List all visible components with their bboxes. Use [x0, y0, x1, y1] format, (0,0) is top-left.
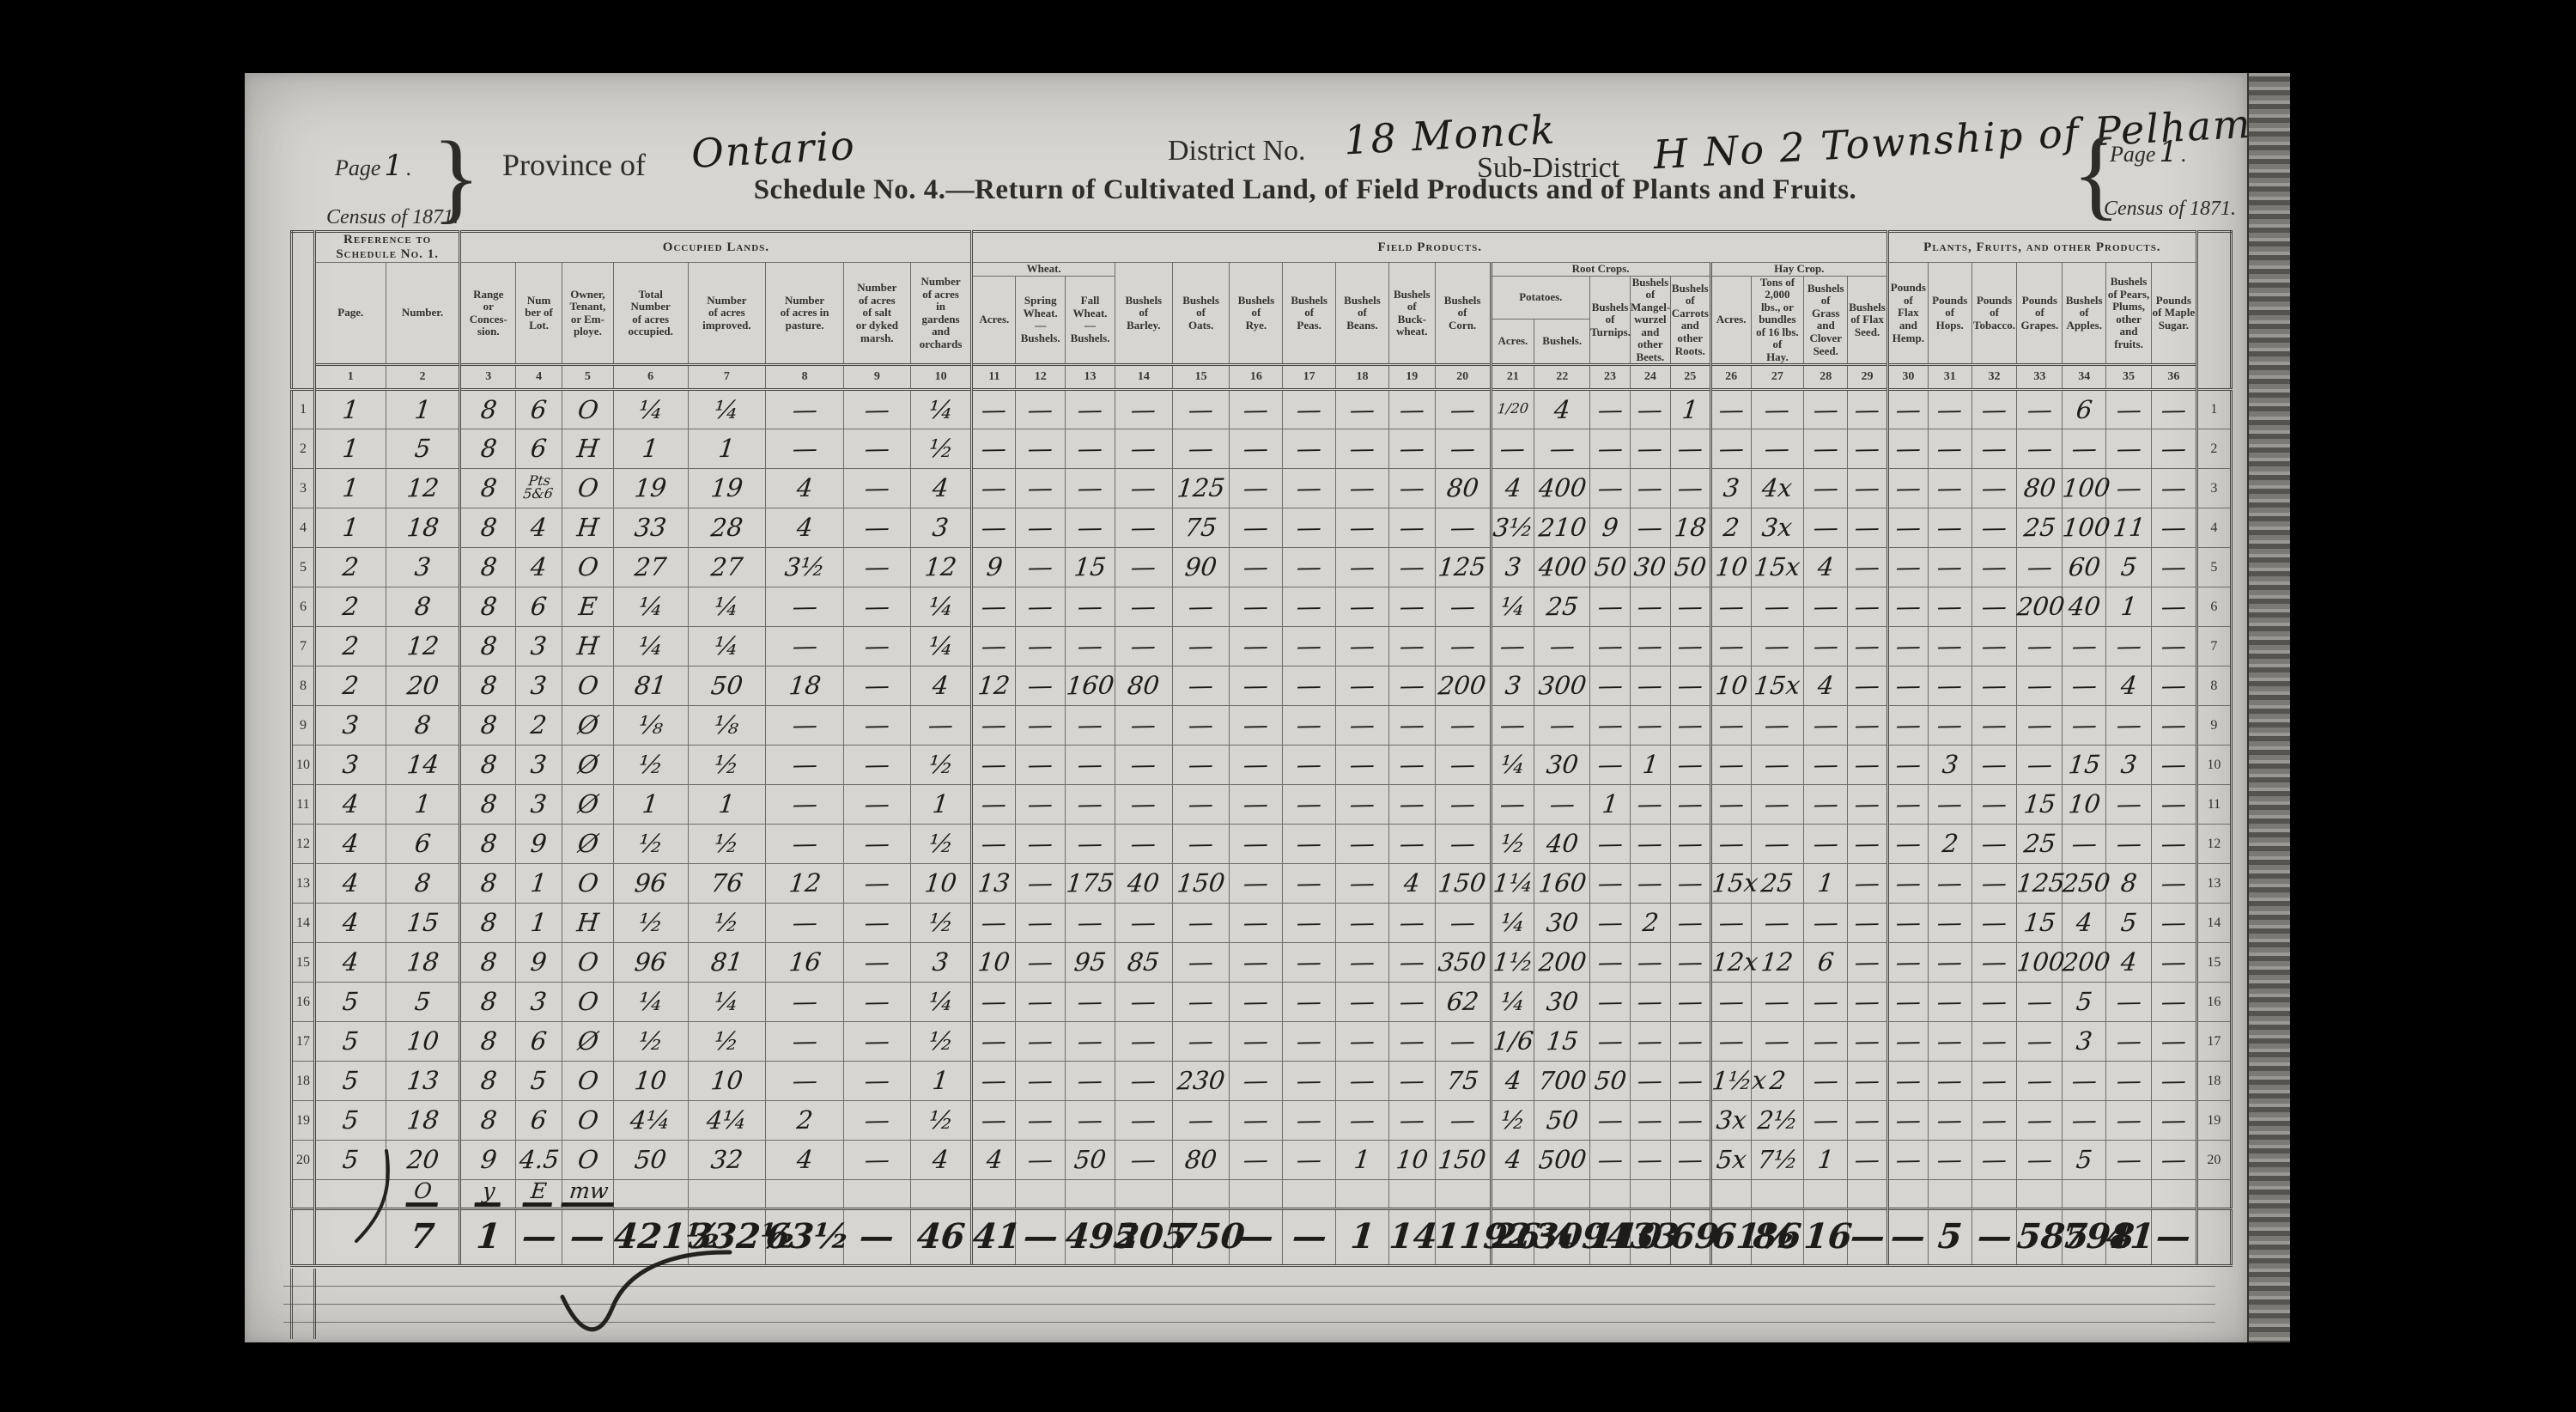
table-cell: — — [1971, 983, 2017, 1022]
column-number: 22 — [1534, 365, 1590, 390]
column-number: 3 — [460, 365, 516, 390]
table-cell: — — [1928, 983, 1971, 1022]
handwritten-value: 8 — [479, 713, 498, 738]
handwritten-value: — — [863, 871, 890, 897]
table-cell: — — [1928, 587, 1971, 627]
column-header: Wheat. — [972, 263, 1115, 277]
table-cell — [1534, 1180, 1590, 1208]
handwritten-value: — — [2026, 989, 2053, 1015]
table-cell: — — [1804, 1022, 1848, 1062]
table-cell: 86 — [1751, 1208, 1804, 1265]
table-cell: 75 — [1172, 508, 1230, 548]
table-cell: 4 — [314, 943, 386, 983]
handwritten-value: ½ — [637, 910, 664, 935]
table-cell: — — [1283, 864, 1336, 904]
handwritten-value: 10 — [1714, 555, 1748, 581]
table-cell: — — [1283, 548, 1336, 587]
table-cell: — — [1016, 983, 1066, 1022]
handwritten-value: — — [2160, 594, 2187, 620]
row-number-right: 9 — [2196, 706, 2231, 746]
table-cell: 5 — [314, 1022, 386, 1062]
table-cell: 15 — [1534, 1022, 1590, 1062]
table-cell: 63½ — [766, 1208, 844, 1265]
column-header: Fall Wheat. — Bushels. — [1066, 276, 1115, 365]
table-cell: — — [2063, 706, 2106, 746]
handwritten-value: — — [1348, 1029, 1376, 1055]
table-cell: 8 — [460, 864, 516, 904]
handwritten-value: — — [2160, 989, 2187, 1015]
table-cell: — — [1928, 469, 1971, 508]
handwritten-value: 3 — [530, 792, 549, 817]
table-cell: — — [1283, 1062, 1336, 1101]
handwritten-value: — — [1398, 634, 1425, 660]
handwritten-value: — — [1242, 476, 1270, 502]
table-cell: — — [1336, 666, 1389, 706]
table-cell: — — [1710, 1022, 1751, 1062]
table-cell: — — [1670, 785, 1710, 825]
handwritten-value: — — [2160, 1068, 2187, 1094]
handwritten-value: 15 — [2022, 792, 2057, 818]
table-cell: — — [766, 746, 844, 785]
handwritten-value: — — [981, 1108, 1008, 1134]
handwritten-value: 12x — [1710, 950, 1759, 976]
table-cell: — — [1336, 1022, 1389, 1062]
row-number-left: 15 — [292, 943, 315, 983]
handwritten-value: 15 — [2067, 752, 2101, 778]
table-cell: — — [1172, 943, 1230, 983]
table-cell: — — [2151, 983, 2196, 1022]
table-cell: — — [1066, 983, 1115, 1022]
handwritten-value: — — [1936, 673, 1964, 699]
handwritten-value: — — [2026, 1029, 2053, 1055]
handwritten-value: — — [1764, 752, 1791, 778]
handwritten-value: — — [2026, 436, 2053, 462]
table-cell: 6 — [386, 825, 460, 864]
table-cell: 3 — [516, 785, 562, 825]
column-header: Range or Conces- sion. — [460, 263, 516, 365]
table-cell: — — [1751, 390, 1804, 429]
table-cell: — — [1283, 746, 1336, 785]
table-cell: 32 — [688, 1141, 766, 1180]
handwritten-value: — — [1449, 1108, 1476, 1134]
table-cell: — — [1848, 864, 1888, 904]
handwritten-value: ½ — [1499, 831, 1526, 856]
handwritten-value: — — [1596, 436, 1624, 462]
table-cell: 9 — [1590, 508, 1631, 548]
handwritten-value: — — [1853, 792, 1880, 818]
handwritten-value: 8 — [479, 1068, 498, 1093]
table-cell: — — [766, 429, 844, 469]
handwritten-value: 6 — [413, 831, 432, 856]
handwritten-value: — — [981, 1029, 1008, 1055]
table-cell: 5 — [314, 983, 386, 1022]
handwritten-value: ¼ — [714, 398, 740, 423]
handwritten-value: H — [575, 634, 599, 659]
handwritten-value: — — [1894, 594, 1922, 620]
table-cell: — — [972, 508, 1016, 548]
handwritten-value: — — [1980, 1147, 2008, 1173]
row-number-right: 2 — [2196, 429, 2231, 469]
handwritten-value: — — [1348, 555, 1376, 581]
table-cell: — — [972, 904, 1016, 943]
column-header: Bushels of Mangel- wurzel and other Beet… — [1630, 276, 1670, 365]
table-cell: — — [1016, 548, 1066, 587]
handwritten-value: — — [1676, 871, 1704, 897]
table-cell: 3x — [1710, 1101, 1751, 1141]
table-cell: — — [1388, 429, 1435, 469]
handwritten-value: — — [1296, 634, 1323, 660]
table-cell: 3 — [516, 666, 562, 706]
table-cell: — — [1435, 904, 1491, 943]
table-cell: — — [2151, 469, 2196, 508]
table-cell: 4 — [1804, 548, 1848, 587]
table-cell: — — [1230, 666, 1283, 706]
handwritten-value: 4 — [1816, 673, 1835, 698]
table-cell: — — [1016, 1101, 1066, 1141]
handwritten-value: — — [1717, 752, 1745, 778]
handwritten-value: — — [1348, 792, 1376, 818]
table-cell: — — [1283, 1208, 1336, 1265]
table-cell: mw — [562, 1180, 613, 1208]
table-cell: — — [1388, 1022, 1435, 1062]
table-cell: 1 — [688, 429, 766, 469]
table-cell: — — [1534, 785, 1590, 825]
table-cell: — — [1848, 746, 1888, 785]
handwritten-value: ½ — [637, 831, 664, 856]
table-cell: — — [1336, 983, 1389, 1022]
handwritten-value: 230 — [1176, 1068, 1226, 1094]
table-cell: — — [2017, 548, 2063, 587]
handwritten-value: — — [1130, 713, 1157, 739]
handwritten-value: — — [1130, 1068, 1157, 1094]
table-cell: — — [1230, 390, 1283, 429]
handwritten-value: — — [1853, 515, 1880, 541]
handwritten-value: — — [1398, 831, 1425, 857]
handwritten-value: — — [1676, 989, 1704, 1015]
handwritten-value: — — [1980, 713, 2008, 739]
handwritten-value: 8 — [479, 398, 498, 423]
table-cell: — — [1066, 825, 1115, 864]
handwritten-value: ½ — [927, 1029, 954, 1054]
handwritten-value: ¼ — [927, 989, 954, 1014]
handwritten-value: 2 — [795, 1108, 814, 1133]
table-cell: — — [1172, 666, 1230, 706]
table-cell: — — [1630, 1022, 1670, 1062]
handwritten-value: — — [1676, 713, 1704, 739]
table-cell: — — [1283, 825, 1336, 864]
handwritten-value: — — [1936, 398, 1964, 423]
table-cell: — — [1283, 943, 1336, 983]
table-cell — [1336, 1180, 1389, 1208]
handwritten-value: 2 — [342, 594, 361, 619]
handwritten-value: — — [2160, 436, 2187, 462]
table-cell: — — [2106, 1101, 2152, 1141]
table-cell: — — [843, 508, 910, 548]
table-cell: — — [1928, 706, 1971, 746]
handwritten-value: — — [1130, 476, 1157, 502]
table-cell: — — [1848, 943, 1888, 983]
handwritten-value: — — [2026, 1068, 2053, 1094]
table-cell: — — [1887, 1101, 1928, 1141]
handwritten-value: — — [1296, 792, 1323, 818]
handwritten-value: 6 — [530, 1108, 549, 1133]
handwritten-value: 5 — [2119, 910, 2138, 935]
table-cell: — — [1928, 508, 1971, 548]
table-cell: — — [2151, 508, 2196, 548]
table-cell: — — [1016, 508, 1066, 548]
column-header: Tons of 2,000 lbs., or bundles of 16 lbs… — [1751, 276, 1804, 365]
row-number-left: 2 — [292, 429, 315, 469]
handwritten-value: — — [1499, 792, 1527, 818]
table-cell — [1670, 1180, 1710, 1208]
table-cell: 4 — [1491, 469, 1534, 508]
column-header: Acres. — [1710, 276, 1751, 365]
handwritten-value: — — [1398, 713, 1425, 739]
table-cell: 1¼ — [1491, 864, 1534, 904]
handwritten-value: — — [2160, 950, 2187, 976]
handwritten-value: — — [1076, 476, 1103, 502]
table-cell: ¼ — [613, 587, 688, 627]
column-header: Bushels of Corn. — [1435, 263, 1491, 365]
handwritten-value: ¼ — [714, 634, 740, 659]
handwritten-value: ½ — [714, 1029, 740, 1054]
handwritten-value: — — [1130, 910, 1157, 936]
handwritten-value: 8 — [479, 1108, 498, 1133]
handwritten-value: 1½ — [1492, 950, 1534, 976]
table-cell: — — [843, 825, 910, 864]
handwritten-value: O — [576, 989, 599, 1014]
table-cell: 5x — [1710, 1141, 1751, 1180]
table-cell: — — [1804, 825, 1848, 864]
handwritten-value: — — [1980, 555, 2008, 581]
table-cell: ¼ — [1491, 983, 1534, 1022]
table-cell: — — [1230, 508, 1283, 548]
handwritten-value: — — [1676, 673, 1704, 699]
handwritten-value: E — [577, 594, 598, 619]
handwritten-value: — — [1348, 594, 1376, 620]
row-number-right: 18 — [2196, 1062, 2231, 1101]
table-cell: — — [1804, 390, 1848, 429]
table-cell: 585 — [2017, 1208, 2063, 1265]
table-cell: — — [1172, 587, 1230, 627]
table-cell: 60 — [2063, 548, 2106, 587]
table-cell: 26¾ — [1491, 1208, 1534, 1265]
table-cell: — — [1491, 785, 1534, 825]
table-cell: — — [1971, 666, 2017, 706]
table-cell: — — [1928, 1141, 1971, 1180]
handwritten-value: — — [1894, 792, 1922, 818]
row-number-left: 17 — [292, 1022, 315, 1062]
handwritten-value: 6 — [1816, 950, 1835, 975]
table-cell: 1 — [1336, 1141, 1389, 1180]
table-cell: 700 — [1534, 1062, 1590, 1101]
handwritten-value: — — [1853, 989, 1880, 1015]
handwritten-value: 400 — [1537, 476, 1588, 502]
table-cell: — — [1710, 785, 1751, 825]
handwritten-value: — — [1676, 436, 1704, 462]
handwritten-value: — — [1717, 831, 1745, 857]
table-cell: — — [1848, 587, 1888, 627]
handwritten-value: 50 — [1593, 1068, 1627, 1094]
handwritten-value: 80 — [1184, 1147, 1218, 1173]
handwritten-value: 4 — [932, 476, 951, 501]
handwritten-value: 1 — [718, 436, 737, 461]
handwritten-value: 5 — [2075, 1147, 2093, 1172]
handwritten-value: 8 — [479, 555, 498, 580]
handwritten-value: — — [1596, 398, 1624, 423]
handwritten-value: — — [1296, 594, 1323, 620]
census-page-scan: Page 1 . Census of 1871. } Province of O… — [245, 73, 2247, 1342]
handwritten-value: 28 — [709, 515, 744, 541]
table-cell: — — [1388, 746, 1435, 785]
table-cell: — — [1670, 666, 1710, 706]
table-cell: — — [1115, 548, 1172, 587]
handwritten-value: 10 — [1394, 1147, 1429, 1173]
handwritten-value: H — [575, 910, 599, 935]
table-cell: 4 — [1534, 390, 1590, 429]
table-cell: — — [1115, 1062, 1172, 1101]
table-cell: — — [1388, 1062, 1435, 1101]
handwritten-value: 6 — [530, 398, 549, 423]
table-cell: 2 — [1630, 904, 1670, 943]
handwritten-value: — — [1242, 910, 1270, 936]
row-number-right: 17 — [2196, 1022, 2231, 1062]
handwritten-value: — — [1596, 989, 1624, 1015]
table-cell: — — [1848, 1208, 1888, 1265]
margin-line-extension — [290, 1269, 293, 1339]
handwritten-value: — — [1637, 1029, 1664, 1055]
table-cell: ¼ — [688, 390, 766, 429]
table-cell: — — [1388, 627, 1435, 666]
table-cell: O — [562, 548, 613, 587]
handwritten-value: 62 — [1445, 989, 1479, 1015]
census-line-right: Census of 1871. — [2104, 198, 2236, 221]
handwritten-value: — — [981, 831, 1008, 857]
handwritten-value: — — [1242, 1108, 1270, 1134]
handwritten-value: 300 — [1537, 673, 1588, 699]
handwritten-value: — — [1398, 594, 1425, 620]
handwritten-value: — — [1398, 398, 1425, 423]
handwritten-value: 32 — [709, 1147, 744, 1173]
table-cell: — — [843, 429, 910, 469]
column-number: 23 — [1590, 365, 1631, 390]
table-cell: — — [1928, 904, 1971, 943]
column-header: Bushels of Barley. — [1115, 263, 1172, 365]
handwritten-value: 4 — [1504, 476, 1522, 501]
table-cell: 10 — [972, 943, 1016, 983]
handwritten-value: — — [1188, 831, 1215, 857]
table-cell — [1710, 1180, 1751, 1208]
table-cell: O — [562, 983, 613, 1022]
table-cell: ¼ — [688, 983, 766, 1022]
handwritten-value: ¼ — [927, 634, 954, 659]
table-cell: — — [1887, 548, 1928, 587]
table-cell: — — [1336, 864, 1389, 904]
table-cell: 3 — [386, 548, 460, 587]
table-cell: — — [972, 706, 1016, 746]
table-cell: 30 — [1534, 904, 1590, 943]
table-cell: — — [1804, 469, 1848, 508]
table-cell: — — [1066, 785, 1115, 825]
handwritten-value: 80 — [1127, 673, 1161, 699]
column-number: 7 — [688, 365, 766, 390]
table-cell: 27 — [613, 548, 688, 587]
table-cell: 33 — [613, 508, 688, 548]
table-cell: — — [1971, 587, 2017, 627]
handwritten-value: — — [2160, 792, 2187, 818]
handwritten-value: — — [1449, 713, 1476, 739]
table-cell: 8 — [460, 548, 516, 587]
handwritten-value: — — [1676, 1068, 1704, 1094]
row-number-gutter-right — [2196, 232, 2231, 390]
handwritten-value: 50 — [1673, 555, 1707, 581]
handwritten-value: — — [1296, 1108, 1323, 1134]
table-cell: 1/20 — [1491, 390, 1534, 429]
handwritten-value: — — [1076, 398, 1103, 423]
table-cell: — — [910, 706, 972, 746]
handwritten-value: — — [1548, 634, 1576, 660]
table-cell: 4¼ — [688, 1101, 766, 1141]
handwritten-value: — — [1894, 752, 1922, 778]
handwritten-value: — — [2026, 1108, 2053, 1134]
table-cell: — — [2151, 666, 2196, 706]
handwritten-value: — — [1596, 594, 1624, 620]
table-cell: 6 — [516, 587, 562, 627]
table-cell: — — [2063, 825, 2106, 864]
handwritten-value: — — [1027, 871, 1054, 897]
table-cell: — — [766, 627, 844, 666]
handwritten-value: 25 — [2022, 831, 2057, 857]
handwritten-value: ¼ — [1499, 752, 1526, 777]
handwritten-value: Ø — [576, 752, 599, 777]
table-cell: — — [2151, 1022, 2196, 1062]
handwritten-value: — — [1596, 634, 1624, 660]
handwritten-value: — — [1548, 713, 1576, 739]
table-cell: ¼ — [1491, 904, 1534, 943]
table-cell: 11 — [2106, 508, 2152, 548]
handwritten-value: — — [2115, 398, 2142, 423]
table-cell: — — [1016, 1208, 1066, 1265]
page-label-left: Page 1 . — [335, 149, 412, 183]
table-cell: — — [843, 469, 910, 508]
table-cell: — — [2017, 627, 2063, 666]
handwritten-value: — — [1894, 1068, 1922, 1094]
table-cell: — — [1230, 785, 1283, 825]
handwritten-value: — — [1076, 436, 1103, 462]
handwritten-value: — — [1936, 1068, 1964, 1094]
table-cell: ½ — [688, 825, 766, 864]
handwritten-value: — — [791, 634, 818, 660]
table-cell: — — [1283, 1141, 1336, 1180]
handwritten-value: 1 — [1349, 1220, 1376, 1254]
handwritten-value: — — [1398, 752, 1425, 778]
table-cell: 8 — [460, 706, 516, 746]
table-cell: 8 — [460, 390, 516, 429]
handwritten-value: — — [1936, 634, 1964, 660]
row-number-right: 14 — [2196, 904, 2231, 943]
table-cell: 6 — [1804, 943, 1848, 983]
handwritten-value: — — [1242, 555, 1270, 581]
table-cell: — — [1971, 469, 2017, 508]
handwritten-value: — — [1596, 910, 1624, 936]
column-header: Num ber of Lot. — [516, 263, 562, 365]
handwritten-value: 2½ — [1756, 1108, 1799, 1134]
table-cell: — — [1630, 983, 1670, 1022]
handwritten-value: 8 — [479, 1029, 498, 1054]
table-cell: — — [1887, 943, 1928, 983]
handwritten-value: 3 — [342, 713, 361, 738]
table-cell: 205 — [1115, 1208, 1172, 1265]
